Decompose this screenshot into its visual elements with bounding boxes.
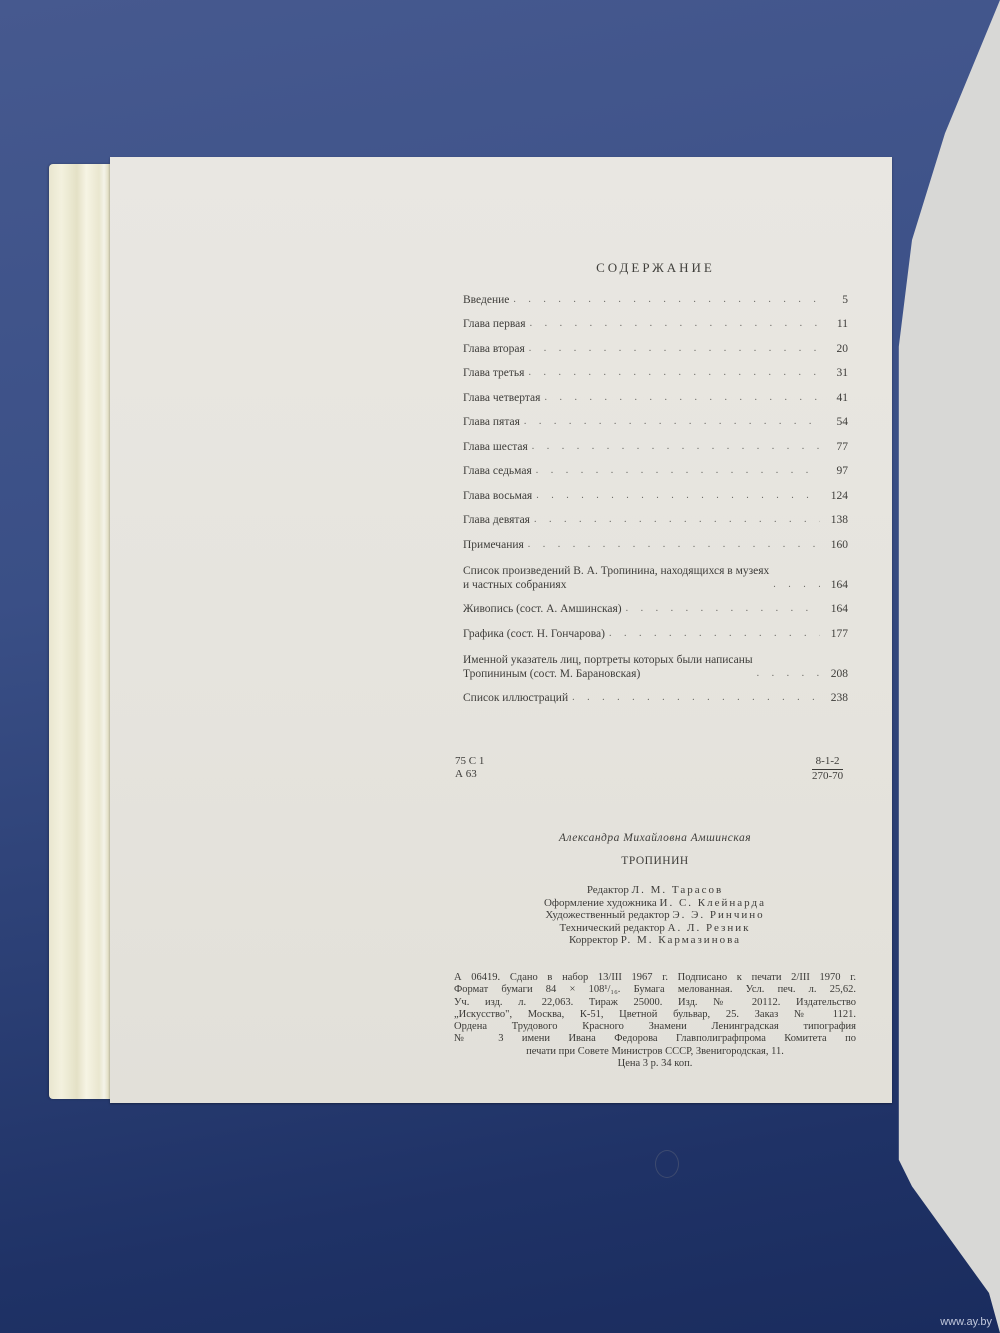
- toc-entry-page: 164: [824, 578, 848, 592]
- toc-leader-dots: . . . . . . . . . . . . . . . . . . . . …: [626, 602, 820, 616]
- toc-leader-dots: . . . . . . . . . . . . . . . . . . . . …: [757, 667, 820, 681]
- toc-entry: Список иллюстраций. . . . . . . . . . . …: [463, 681, 848, 706]
- credit-line: Оформление художника И. С. Клейнарда: [455, 897, 855, 910]
- toc-entry-page: 97: [824, 464, 848, 478]
- imprint-line: А 06419. Сдано в набор 13/III 1967 г. По…: [454, 972, 856, 984]
- toc-entry: Именной указатель лиц, портреты которых …: [463, 641, 848, 681]
- author-name: Александра Михайловна Амшинская: [455, 832, 855, 844]
- toc-entry-page: 177: [824, 627, 848, 641]
- toc-entry: Глава восьмая. . . . . . . . . . . . . .…: [463, 478, 848, 503]
- toc-entry-page: 5: [824, 293, 848, 307]
- credit-role: Редактор: [587, 884, 629, 896]
- credit-role: Художественный редактор: [545, 909, 669, 921]
- toc-entry-label: Введение: [463, 293, 509, 307]
- toc-leader-dots: . . . . . . . . . . . . . . . . . . . . …: [609, 627, 820, 641]
- toc-leader-dots: . . . . . . . . . . . . . . . . . . . . …: [524, 415, 820, 429]
- toc-entry-page: 138: [824, 513, 848, 527]
- toc-leader-dots: . . . . . . . . . . . . . . . . . . . . …: [528, 538, 820, 552]
- credit-line: Корректор Р. М. Кармазинова: [455, 934, 855, 947]
- toc-leader-dots: . . . . . . . . . . . . . . . . . . . . …: [544, 391, 820, 405]
- credit-name: И. С. Клейнарда: [660, 897, 766, 909]
- imprint-line: Уч. изд. л. 22,063. Тираж 25000. Изд. № …: [454, 997, 856, 1009]
- credit-role: Корректор: [569, 934, 618, 946]
- toc-entry-page: 41: [824, 391, 848, 405]
- toc-entry-page: 238: [824, 691, 848, 705]
- toc-entry: Список произведений В. А. Тропинина, нах…: [463, 552, 848, 592]
- credit-name: Р. М. Кармазинова: [621, 934, 741, 946]
- imprint-line: № 3 имени Ивана Федорова Главполиграфпро…: [454, 1033, 856, 1045]
- toc-list: Введение. . . . . . . . . . . . . . . . …: [463, 282, 848, 705]
- toc-entry-label: Примечания: [463, 538, 524, 552]
- toc-entry: Глава четвертая. . . . . . . . . . . . .…: [463, 380, 848, 405]
- imprint-line: Ордена Трудового Красного Знамени Ленинг…: [454, 1021, 856, 1033]
- toc-entry-page: 160: [824, 538, 848, 552]
- toc-entry-label: Именной указатель лиц, портреты которых …: [463, 653, 753, 681]
- toc-entry: Глава седьмая. . . . . . . . . . . . . .…: [463, 454, 848, 479]
- toc-entry-label: Глава седьмая: [463, 464, 532, 478]
- toc-entry-label: Глава четвертая: [463, 391, 540, 405]
- classification-codes-left: 75 С 1 А 63: [455, 755, 484, 781]
- toc-leader-dots: . . . . . . . . . . . . . . . . . . . . …: [530, 317, 820, 331]
- toc-entry-label: Список иллюстраций: [463, 691, 568, 705]
- toc-entry: Глава пятая. . . . . . . . . . . . . . .…: [463, 405, 848, 430]
- toc-leader-dots: . . . . . . . . . . . . . . . . . . . . …: [773, 578, 820, 592]
- author-mark: А 63: [455, 768, 484, 781]
- toc-entry-label: Глава девятая: [463, 513, 530, 527]
- table-of-contents: СОДЕРЖАНИЕ Введение. . . . . . . . . . .…: [463, 260, 848, 705]
- toc-leader-dots: . . . . . . . . . . . . . . . . . . . . …: [529, 342, 820, 356]
- classification-codes-right: 8-1-2 270-70: [812, 755, 843, 783]
- site-watermark: www.ay.by: [940, 1316, 992, 1328]
- credit-line: Художественный редактор Э. Э. Ринчино: [455, 909, 855, 922]
- credit-name: Э. Э. Ринчино: [672, 909, 764, 921]
- code-numerator: 8-1-2: [812, 755, 843, 770]
- code-denominator: 270-70: [812, 770, 843, 783]
- credit-role: Оформление художника: [544, 897, 657, 909]
- toc-entry-page: 20: [824, 342, 848, 356]
- toc-entry-label: Живопись (сост. А. Амшинская): [463, 602, 622, 616]
- toc-leader-dots: . . . . . . . . . . . . . . . . . . . . …: [513, 293, 820, 307]
- toc-title: СОДЕРЖАНИЕ: [463, 260, 848, 276]
- credit-name: Л. М. Тарасов: [632, 884, 724, 896]
- toc-leader-dots: . . . . . . . . . . . . . . . . . . . . …: [536, 464, 820, 478]
- toc-entry-page: 31: [824, 366, 848, 380]
- toc-entry: Графика (сост. Н. Гончарова). . . . . . …: [463, 616, 848, 641]
- toc-entry: Примечания. . . . . . . . . . . . . . . …: [463, 527, 848, 552]
- toc-entry-label: Глава шестая: [463, 440, 528, 454]
- toc-entry-page: 77: [824, 440, 848, 454]
- imprint-line: печати при Совете Министров СССР, Звениг…: [454, 1046, 856, 1058]
- toc-leader-dots: . . . . . . . . . . . . . . . . . . . . …: [534, 513, 820, 527]
- toc-entry: Глава первая. . . . . . . . . . . . . . …: [463, 307, 848, 332]
- credit-line: Технический редактор А. Л. Резник: [455, 922, 855, 935]
- toc-entry-label: Глава вторая: [463, 342, 525, 356]
- toc-entry-page: 54: [824, 415, 848, 429]
- toc-entry-label: Глава восьмая: [463, 489, 532, 503]
- toc-entry: Живопись (сост. А. Амшинская). . . . . .…: [463, 592, 848, 617]
- faint-stamp-mark: [655, 1150, 679, 1178]
- toc-entry: Введение. . . . . . . . . . . . . . . . …: [463, 282, 848, 307]
- toc-entry-label: Графика (сост. Н. Гончарова): [463, 627, 605, 641]
- imprint-line: „Искусство", Москва, К-51, Цветной бульв…: [454, 1009, 856, 1021]
- editorial-credits: Редактор Л. М. ТарасовОформление художни…: [455, 884, 855, 947]
- price: Цена 3 р. 34 коп.: [454, 1058, 856, 1070]
- imprint-block: А 06419. Сдано в набор 13/III 1967 г. По…: [454, 972, 856, 1070]
- toc-entry-page: 124: [824, 489, 848, 503]
- book-spine-edge: [49, 164, 111, 1099]
- toc-entry-label: Глава третья: [463, 366, 524, 380]
- toc-entry: Глава шестая. . . . . . . . . . . . . . …: [463, 429, 848, 454]
- toc-entry: Глава третья. . . . . . . . . . . . . . …: [463, 356, 848, 381]
- facing-page-edge: [890, 0, 1000, 1333]
- toc-entry-label: Глава пятая: [463, 415, 520, 429]
- toc-entry: Глава девятая. . . . . . . . . . . . . .…: [463, 503, 848, 528]
- toc-entry-page: 11: [824, 317, 848, 331]
- credit-name: А. Л. Резник: [668, 922, 751, 934]
- toc-entry-label: Список произведений В. А. Тропинина, нах…: [463, 564, 769, 592]
- toc-leader-dots: . . . . . . . . . . . . . . . . . . . . …: [536, 489, 820, 503]
- toc-entry-label: Глава первая: [463, 317, 526, 331]
- toc-entry-page: 208: [824, 667, 848, 681]
- udc-code: 75 С 1: [455, 755, 484, 768]
- toc-leader-dots: . . . . . . . . . . . . . . . . . . . . …: [528, 366, 820, 380]
- credit-role: Технический редактор: [560, 922, 665, 934]
- toc-entry-page: 164: [824, 602, 848, 616]
- toc-entry: Глава вторая. . . . . . . . . . . . . . …: [463, 331, 848, 356]
- toc-leader-dots: . . . . . . . . . . . . . . . . . . . . …: [572, 691, 820, 705]
- toc-leader-dots: . . . . . . . . . . . . . . . . . . . . …: [532, 440, 820, 454]
- credit-line: Редактор Л. М. Тарасов: [455, 884, 855, 897]
- imprint-line: Формат бумаги 84 × 108¹/₁₆. Бумага мелов…: [454, 984, 856, 996]
- book-title: ТРОПИНИН: [455, 855, 855, 867]
- imprint-lines: А 06419. Сдано в набор 13/III 1967 г. По…: [454, 972, 856, 1058]
